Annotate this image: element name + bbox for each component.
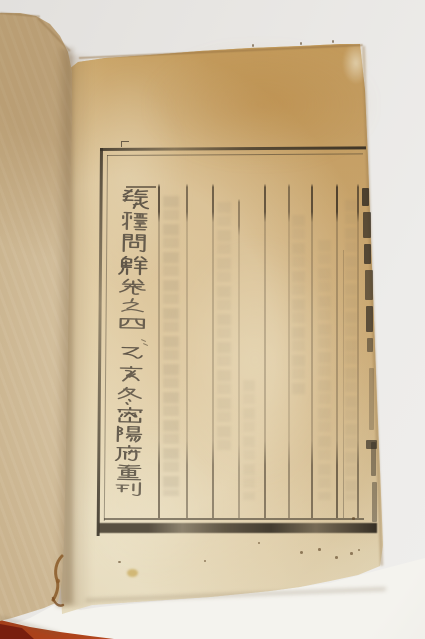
speck <box>352 517 355 520</box>
title-character <box>115 366 146 386</box>
title-character <box>116 316 147 335</box>
speck <box>350 552 353 555</box>
speck <box>358 549 360 551</box>
title-character <box>112 482 143 499</box>
speck <box>318 548 321 551</box>
title-character <box>117 298 148 316</box>
title-character <box>118 234 149 255</box>
title-character <box>119 212 150 233</box>
title-character <box>114 407 145 426</box>
book-photo <box>0 0 425 639</box>
title-character <box>115 387 146 407</box>
title-character <box>120 189 152 211</box>
speck <box>335 556 338 559</box>
speck <box>258 542 260 544</box>
binding-thread <box>48 550 78 612</box>
speck <box>118 561 121 563</box>
edge-fiber <box>252 44 254 47</box>
title-character <box>113 464 144 482</box>
edge-fiber <box>332 40 334 43</box>
title-character <box>118 256 150 278</box>
edge-fiber <box>300 42 302 45</box>
spine-fold-shadow <box>56 48 74 604</box>
speck <box>204 560 206 562</box>
title-character <box>113 445 144 464</box>
speck <box>300 551 303 554</box>
title-character <box>116 345 147 363</box>
title-character <box>117 278 148 298</box>
title-character <box>114 426 145 445</box>
small-ink-mark <box>141 340 149 347</box>
